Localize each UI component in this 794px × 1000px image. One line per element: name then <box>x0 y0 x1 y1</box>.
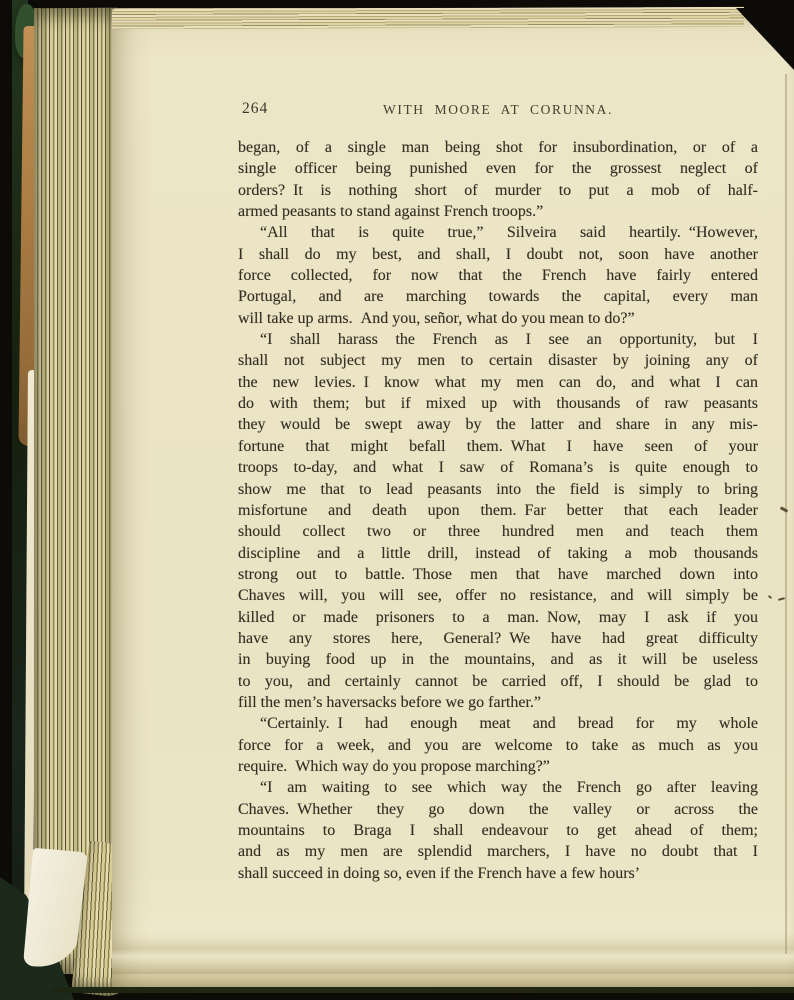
text-line: armed peasants to stand against French t… <box>238 201 758 222</box>
text-line: strong out to battle. Those men that hav… <box>238 564 758 585</box>
page-top-edges <box>112 7 744 29</box>
running-title: WITH MOORE AT CORUNNA. <box>238 100 758 118</box>
text-line: show me that to lead peasants into the f… <box>238 479 758 500</box>
page-header: 264 WITH MOORE AT CORUNNA. <box>238 100 758 122</box>
page-number: 264 <box>242 100 268 118</box>
text-line: discipline and a little drill, instead o… <box>238 543 758 564</box>
text-line: shall not subject my men to certain disa… <box>238 350 758 371</box>
text-line: shall succeed in doing so, even if the F… <box>238 863 758 884</box>
text-line: mountains to Braga I shall endeavour to … <box>238 820 758 841</box>
text-line: misfortune and death upon them. Far bett… <box>238 500 758 521</box>
text-line: to you, and certainly cannot be carried … <box>238 671 758 692</box>
text-line: the new levies. I know what my men can d… <box>238 372 758 393</box>
paper-nick <box>768 595 772 599</box>
text-line: have any stores here, General? We have h… <box>238 628 758 649</box>
text-line: fill the men’s haversacks before we go f… <box>238 692 758 713</box>
text-block: 264 WITH MOORE AT CORUNNA. began, of a s… <box>238 100 758 884</box>
book-photo: 264 WITH MOORE AT CORUNNA. began, of a s… <box>0 0 794 1000</box>
text-line: force for a week, and you are welcome to… <box>238 735 758 756</box>
text-line: single officer being punished even for t… <box>238 158 758 179</box>
text-line: require. Which way do you propose marchi… <box>238 756 758 777</box>
text-line: Portugal, and are marching towards the c… <box>238 286 758 307</box>
text-line: killed or made prisoners to a man. Now, … <box>238 607 758 628</box>
text-line: began, of a single man being shot for in… <box>238 137 758 158</box>
page-text: began, of a single man being shot for in… <box>238 137 758 884</box>
text-line: troops to-day, and what I saw of Romana’… <box>238 457 758 478</box>
text-line: should collect two or three hundred men … <box>238 521 758 542</box>
page-right-crease <box>785 74 787 954</box>
text-line: do with them; but if mixed up with thous… <box>238 393 758 414</box>
text-line: “I shall harass the French as I see an o… <box>238 329 758 350</box>
page-bottom-fold <box>112 932 794 974</box>
text-line: Chaves. Whether they go down the valley … <box>238 799 758 820</box>
text-line: in buying food up in the mountains, and … <box>238 649 758 670</box>
text-line: will take up arms. And you, señor, what … <box>238 308 758 329</box>
text-line: I shall do my best, and shall, I doubt n… <box>238 244 758 265</box>
text-line: Chaves will, you will see, offer no resi… <box>238 585 758 606</box>
text-line: force collected, for now that the French… <box>238 265 758 286</box>
page-fore-edge-stack <box>34 8 118 975</box>
text-line: orders? It is nothing short of murder to… <box>238 180 758 201</box>
text-line: “I am waiting to see which way the Frenc… <box>238 777 758 798</box>
page-bottom-edge <box>52 987 794 993</box>
book-page: 264 WITH MOORE AT CORUNNA. began, of a s… <box>112 8 794 988</box>
page-corner-shadow <box>736 8 794 70</box>
text-line: fortune that might befall them. What I h… <box>238 436 758 457</box>
text-line: they would be swept away by the latter a… <box>238 414 758 435</box>
text-line: “Certainly. I had enough meat and bread … <box>238 713 758 734</box>
text-line: “All that is quite true,” Silveira said … <box>238 222 758 243</box>
text-line: and as my men are splendid marchers, I h… <box>238 841 758 862</box>
